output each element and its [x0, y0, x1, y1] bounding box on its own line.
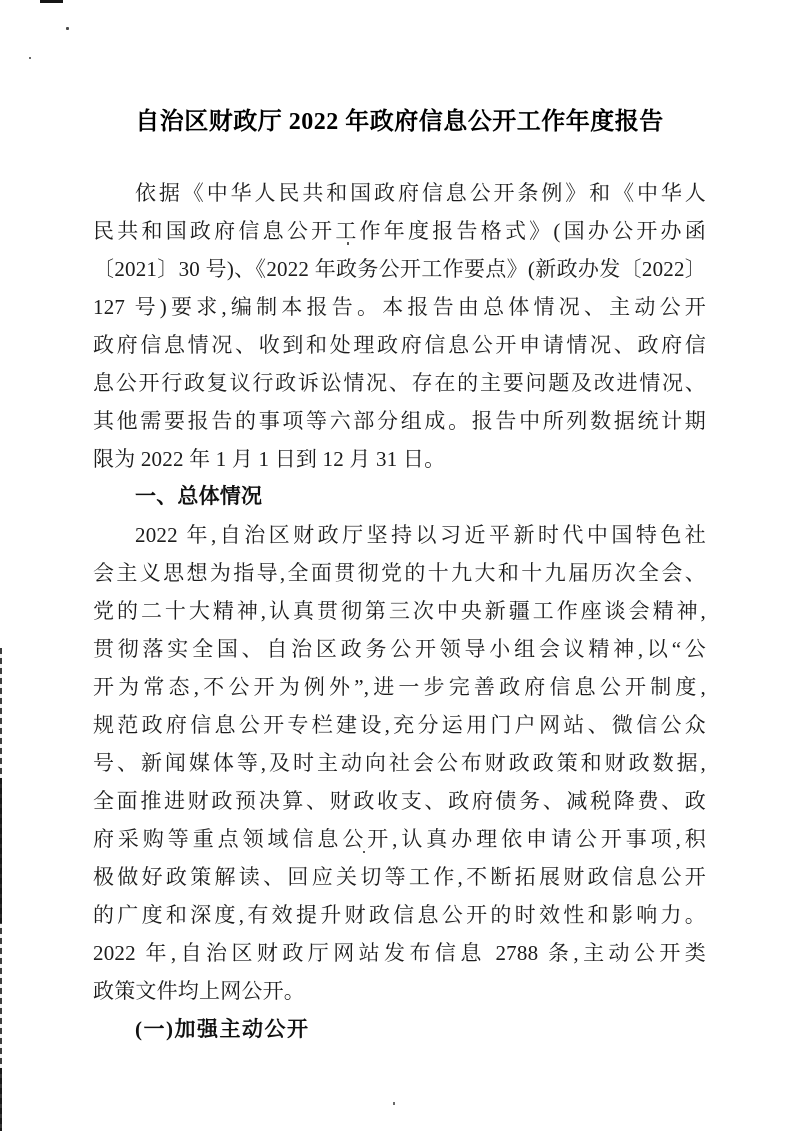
paragraph-line: 极做好政策解读、回应关切等工作,不断拓展财政信息公开	[93, 858, 706, 896]
scan-artifact-speck	[66, 27, 69, 30]
paragraph-line: 的广度和深度,有效提升财政信息公开的时效性和影响力。	[93, 896, 706, 934]
report-title: 自治区财政厅 2022 年政府信息公开工作年度报告	[93, 101, 706, 136]
scan-artifact-speck	[393, 1102, 395, 1105]
paragraph-line: 2022 年,自治区财政厅网站发布信息 2788 条,主动公开类	[93, 934, 706, 972]
paragraph-line: 号、新闻媒体等,及时主动向社会公布财政政策和财政数据,	[93, 744, 706, 782]
scan-artifact-left-edge-line	[0, 648, 2, 1131]
paragraph-line: 限为 2022 年 1 月 1 日到 12 月 31 日。	[93, 440, 706, 478]
paragraph-line: 依据《中华人民共和国政府信息公开条例》和《中华人	[93, 174, 706, 212]
subsection-heading-proactive-disclosure: (一)加强主动公开	[93, 1010, 706, 1048]
paragraph-line: 政策文件均上网公开。	[93, 972, 706, 1010]
paragraph-line: 其他需要报告的事项等六部分组成。报告中所列数据统计期	[93, 402, 706, 440]
paragraph-line: 2022 年,自治区财政厅坚持以习近平新时代中国特色社	[93, 516, 706, 554]
paragraph-line: 〔2021〕30 号)、《2022 年政务公开工作要点》(新政办发〔2022〕	[93, 250, 706, 288]
scan-artifact-speck	[29, 57, 31, 59]
paragraph-line: 贯彻落实全国、自治区政务公开领导小组会议精神,以“公	[93, 630, 706, 668]
section-heading-overview: 一、总体情况	[93, 478, 706, 516]
paragraph-line: 开为常态,不公开为例外”,进一步完善政府信息公开制度,	[93, 668, 706, 706]
paragraph-line: 127 号)要求,编制本报告。本报告由总体情况、主动公开	[93, 288, 706, 326]
scanned-page: 自治区财政厅 2022 年政府信息公开工作年度报告 依据《中华人民共和国政府信息…	[0, 0, 791, 1131]
paragraph-line: 府采购等重点领域信息公开,认真办理依申请公开事项,积	[93, 820, 706, 858]
paragraph-line: 全面推进财政预决算、财政收支、政府债务、减税降费、政	[93, 782, 706, 820]
paragraph-line: 政府信息情况、收到和处理政府信息公开申请情况、政府信	[93, 326, 706, 364]
scan-artifact-left-edge-line	[0, 1068, 2, 1131]
scan-artifact-left-edge-line	[0, 778, 2, 923]
report-body: 依据《中华人民共和国政府信息公开条例》和《中华人 民共和国政府信息公开工作年度报…	[93, 174, 706, 1048]
paragraph-line: 党的二十大精神,认真贯彻第三次中央新疆工作座谈会精神,	[93, 592, 706, 630]
paragraph-line: 规范政府信息公开专栏建设,充分运用门户网站、微信公众	[93, 706, 706, 744]
paragraph-line: 民共和国政府信息公开工作年度报告格式》(国办公开办函	[93, 212, 706, 250]
scan-artifact-top-dash	[40, 0, 63, 3]
paragraph-line: 会主义思想为指导,全面贯彻党的十九大和十九届历次全会、	[93, 554, 706, 592]
paragraph-line: 息公开行政复议行政诉讼情况、存在的主要问题及改进情况、	[93, 364, 706, 402]
